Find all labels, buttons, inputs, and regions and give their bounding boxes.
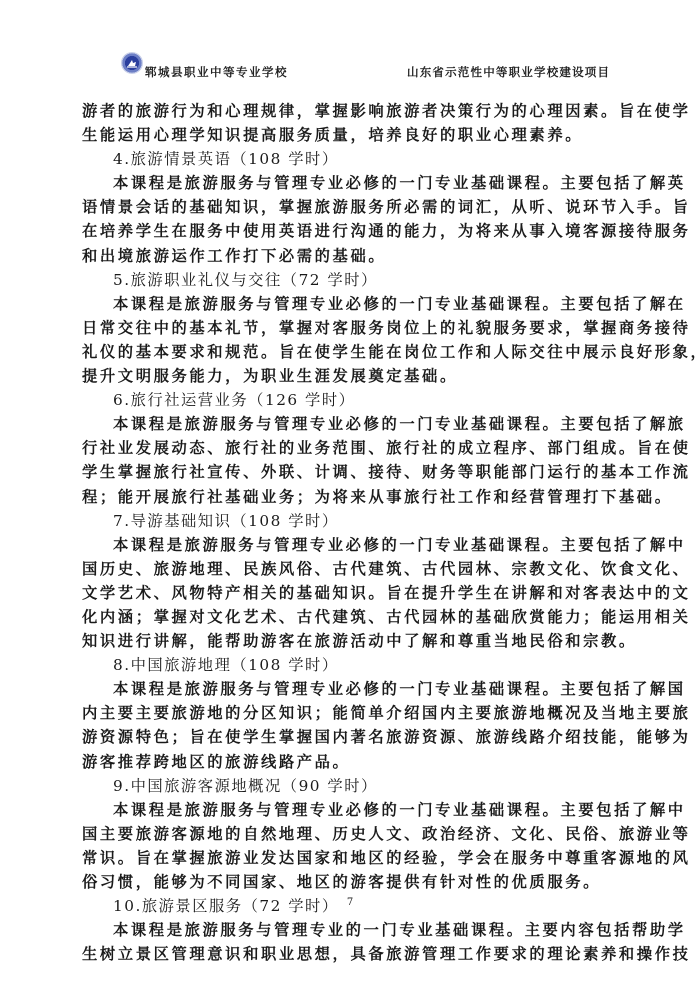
body-line: 游客推荐跨地区的旅游线路产品。: [82, 750, 622, 774]
body-line: 游者的旅游行为和心理规律，掌握影响旅游者决策行为的心理因素。旨在使学: [82, 99, 622, 123]
document-body: 游者的旅游行为和心理规律，掌握影响旅游者决策行为的心理因素。旨在使学 生能运用心…: [82, 99, 622, 966]
section-heading: 6.旅行社运营业务（126 学时）: [82, 388, 622, 412]
paragraph-first-line: 本课程是旅游服务与管理专业必修的一门专业基础课程。主要包括了解中: [82, 798, 622, 822]
section-heading: 9.中国旅游客源地概况（90 学时）: [82, 774, 622, 798]
paragraph-first-line: 本课程是旅游服务与管理专业的一门专业基础课程。主要内容包括帮助学: [82, 918, 622, 942]
school-emblem-icon: [121, 52, 143, 74]
body-line: 学生掌握旅行社宣传、外联、计调、接待、财务等职能部门运行的基本工作流: [82, 460, 622, 484]
school-name: 郓城县职业中等专业学校: [145, 64, 288, 80]
body-line: 在培养学生在服务中使用英语进行沟通的能力，为将来从事入境客源接待服务: [82, 219, 622, 243]
paragraph-first-line: 本课程是旅游服务与管理专业必修的一门专业基础课程。主要包括了解在: [82, 292, 622, 316]
body-line: 和出境旅游运作工作打下必需的基础。: [82, 244, 622, 268]
body-line: 国主要旅游客源地的自然地理、历史人文、政治经济、文化、民俗、旅游业等: [82, 822, 622, 846]
body-line: 生能运用心理学知识提高服务质量，培养良好的职业心理素养。: [82, 123, 622, 147]
section-heading: 5.旅游职业礼仪与交往（72 学时）: [82, 268, 622, 292]
emblem-figure-icon: [125, 56, 139, 70]
section-heading: 4.旅游情景英语（108 学时）: [82, 147, 622, 171]
paragraph-first-line: 本课程是旅游服务与管理专业必修的一门专业基础课程。主要包括了解英: [82, 171, 622, 195]
body-line: 日常交往中的基本礼节，掌握对客服务岗位上的礼貌服务要求，掌握商务接待: [82, 316, 622, 340]
section-heading: 7.导游基础知识（108 学时）: [82, 509, 622, 533]
body-line: 行社业发展动态、旅行社的业务范围、旅行社的成立程序、部门组成。旨在使: [82, 436, 622, 460]
body-line: 国历史、旅游地理、民族风俗、古代建筑、古代园林、宗教文化、饮食文化、: [82, 557, 622, 581]
body-line: 语情景会话的基础知识，掌握旅游服务所必需的词汇，从听、说环节入手。旨: [82, 195, 622, 219]
paragraph-first-line: 本课程是旅游服务与管理专业必修的一门专业基础课程。主要包括了解国: [82, 677, 622, 701]
page-number: 7: [0, 897, 700, 908]
paragraph-first-line: 本课程是旅游服务与管理专业必修的一门专业基础课程。主要包括了解旅: [82, 412, 622, 436]
body-line: 游资源特色；旨在使学生掌握国内著名旅游资源、旅游线路介绍技能，能够为: [82, 725, 622, 749]
body-line: 礼仪的基本要求和规范。旨在使学生能在岗位工作和人际交往中展示良好形象，: [82, 340, 622, 364]
body-line: 程；能开展旅行社基础业务；为将来从事旅行社工作和经营管理打下基础。: [82, 485, 622, 509]
body-line: 知识进行讲解，能帮助游客在旅游活动中了解和尊重当地民俗和宗教。: [82, 629, 622, 653]
body-line: 化内涵；掌握对文化艺术、古代建筑、古代园林的基础欣赏能力；能运用相关: [82, 605, 622, 629]
body-line: 常识。旨在掌握旅游业发达国家和地区的经验，学会在服务中尊重客源地的风: [82, 846, 622, 870]
body-line: 生树立景区管理意识和职业思想，具备旅游管理工作要求的理论素养和操作技: [82, 942, 622, 966]
body-line: 文学艺术、风物特产相关的基础知识。旨在提升学生在讲解和对客表达中的文: [82, 581, 622, 605]
body-line: 内主要主要旅游地的分区知识；能简单介绍国内主要旅游地概况及当地主要旅: [82, 701, 622, 725]
project-name: 山东省示范性中等职业学校建设项目: [407, 64, 610, 80]
section-heading: 8.中国旅游地理（108 学时）: [82, 653, 622, 677]
paragraph-first-line: 本课程是旅游服务与管理专业必修的一门专业基础课程。主要包括了解中: [82, 533, 622, 557]
page-header: 郓城县职业中等专业学校 山东省示范性中等职业学校建设项目: [0, 0, 700, 95]
body-line: 提升文明服务能力，为职业生涯发展奠定基础。: [82, 364, 622, 388]
body-line: 俗习惯，能够为不同国家、地区的游客提供有针对性的优质服务。: [82, 870, 622, 894]
